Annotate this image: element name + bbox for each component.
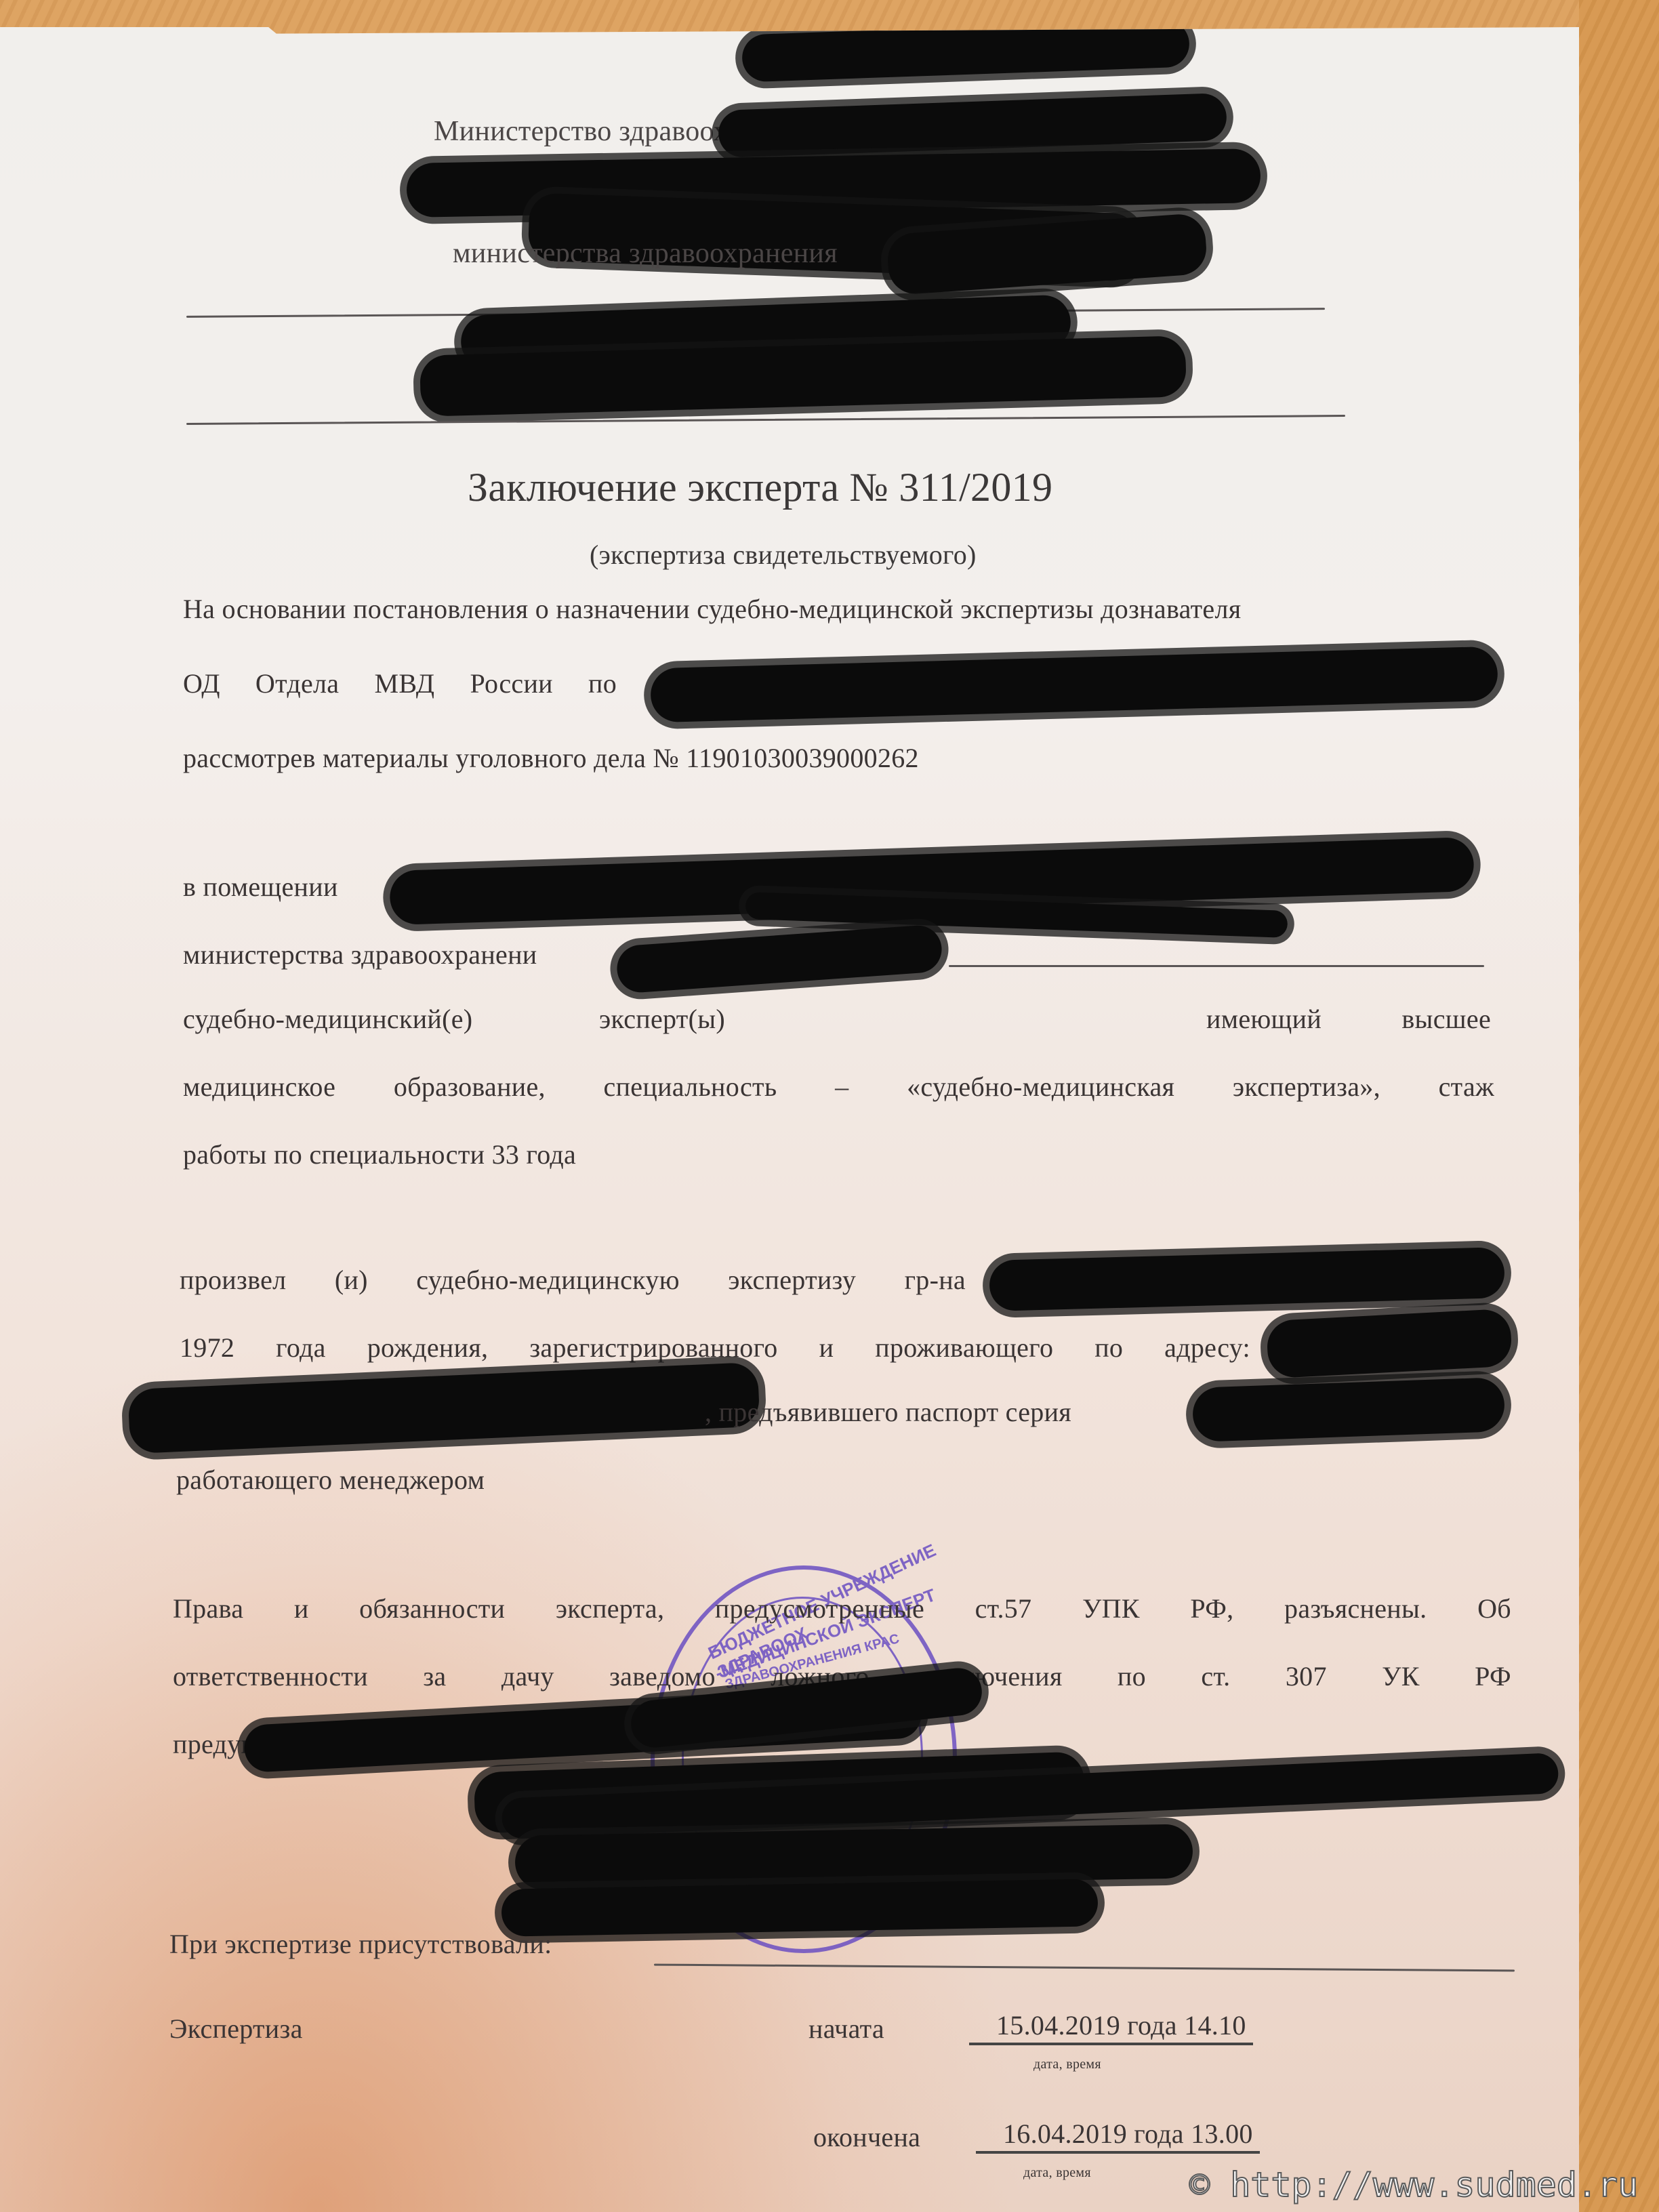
redaction-mark: [989, 1247, 1505, 1311]
expertise-ended-caption: дата, время: [1023, 2165, 1091, 2181]
redaction-mark: [514, 1824, 1193, 1889]
para3-line4: работающего менеджером: [176, 1464, 485, 1496]
word: по: [588, 668, 617, 699]
redaction-mark: [615, 924, 943, 994]
present-label: При экспертизе присутствовали:: [169, 1928, 552, 1960]
para2-line1: в помещении: [183, 871, 338, 903]
expertise-started-value: 15.04.2019 года 14.10: [969, 2009, 1253, 2045]
word: образование,: [394, 1071, 546, 1103]
expertise-started-label: начата: [808, 2013, 884, 2045]
para2-line3-right: имеющий высшее: [1206, 1003, 1491, 1035]
word: (и): [335, 1264, 368, 1296]
wooden-table-edge: [1579, 0, 1659, 2212]
expertise-started-caption: дата, время: [1033, 2057, 1101, 2072]
word: судебно-медицинскую: [416, 1264, 680, 1296]
word: ответственности: [173, 1660, 368, 1692]
word: Об: [1477, 1593, 1511, 1624]
word: РФ,: [1190, 1593, 1233, 1624]
word: МВД: [374, 668, 434, 699]
para4-line1: Права и обязанности эксперта, предусмотр…: [173, 1593, 1511, 1624]
word: адресу:: [1164, 1332, 1250, 1364]
word: ст.57: [975, 1593, 1032, 1624]
expertise-label: Экспертиза: [169, 2013, 303, 2045]
word: России: [470, 668, 553, 699]
word: произвел: [180, 1264, 286, 1296]
word: заведомо: [609, 1660, 716, 1692]
word: Отдела: [255, 668, 339, 699]
word: судебно-медицинский(е): [183, 1003, 472, 1035]
word: экспертизу: [728, 1264, 856, 1296]
blank-underline: [949, 965, 1484, 967]
word: и: [819, 1332, 834, 1364]
word: медицинское: [183, 1071, 335, 1103]
word: УК: [1382, 1660, 1420, 1692]
para1-line2: ОД Отдела МВД России по: [183, 668, 617, 699]
para3-line3: , предъявившего паспорт серия: [705, 1396, 1071, 1428]
word: по: [1094, 1332, 1123, 1364]
word: предусмотренные: [715, 1593, 924, 1624]
redaction-mark: [1266, 1309, 1513, 1379]
word: имеющий: [1206, 1003, 1322, 1035]
redaction-mark: [650, 647, 1498, 723]
word: стаж: [1439, 1071, 1494, 1103]
word: высшее: [1401, 1003, 1491, 1035]
para1-line3: рассмотрев материалы уголовного дела № 1…: [183, 742, 919, 774]
para3-line1: произвел (и) судебно-медицинскую эксперт…: [180, 1264, 966, 1296]
word: рождения,: [367, 1332, 489, 1364]
word: 1972: [180, 1332, 234, 1364]
document-title: Заключение эксперта № 311/2019: [468, 464, 1052, 511]
word: эксперта,: [556, 1593, 664, 1624]
header-ministry-line-2: министерства здравоохранения: [453, 237, 838, 270]
para2-line2: министерства здравоохранени: [183, 939, 537, 970]
word: проживающего: [875, 1332, 1053, 1364]
redaction-mark: [1192, 1377, 1506, 1442]
redaction-mark: [501, 1879, 1098, 1936]
redaction-mark: [127, 1362, 760, 1454]
word: года: [276, 1332, 326, 1364]
word: за: [423, 1660, 446, 1692]
word: 307: [1286, 1660, 1327, 1692]
header-divider: [186, 415, 1345, 425]
para2-line5: работы по специальности 33 года: [183, 1139, 576, 1170]
para2-line4: медицинское образование, специальность –…: [183, 1071, 1494, 1103]
word: по: [1118, 1660, 1146, 1692]
word: УПК: [1082, 1593, 1140, 1624]
word: гр-на: [905, 1264, 966, 1296]
para2-line3-left: судебно-медицинский(е) эксперт(ы): [183, 1003, 725, 1035]
watermark-copyright: © http://www.sudmed.ru: [1189, 2165, 1638, 2205]
word: разъяснены.: [1284, 1593, 1427, 1624]
para1-line1: На основании постановления о назначении …: [183, 593, 1488, 625]
document-page: Министерство здравоохранения министерств…: [0, 27, 1579, 2212]
word: эксперт(ы): [599, 1003, 725, 1035]
word: обязанности: [359, 1593, 505, 1624]
document-subtitle: (экспертиза свидетельствуемого): [590, 539, 977, 571]
word: РФ: [1475, 1660, 1511, 1692]
expertise-ended-value: 16.04.2019 года 13.00: [976, 2118, 1260, 2154]
word: –: [835, 1071, 848, 1103]
word: дачу: [501, 1660, 554, 1692]
expertise-ended-label: окончена: [813, 2121, 920, 2153]
redaction-mark: [718, 93, 1227, 158]
word: специальность: [604, 1071, 777, 1103]
word: ОД: [183, 668, 220, 699]
word: Права: [173, 1593, 243, 1624]
para3-line2: 1972 года рождения, зарегистрированного …: [180, 1332, 1250, 1364]
word: экспертиза»,: [1233, 1071, 1380, 1103]
word: зарегистрированного: [529, 1332, 777, 1364]
word: ст.: [1201, 1660, 1230, 1692]
present-blank-line: [654, 1964, 1515, 1972]
word: и: [294, 1593, 309, 1624]
word: «судебно-медицинская: [907, 1071, 1174, 1103]
